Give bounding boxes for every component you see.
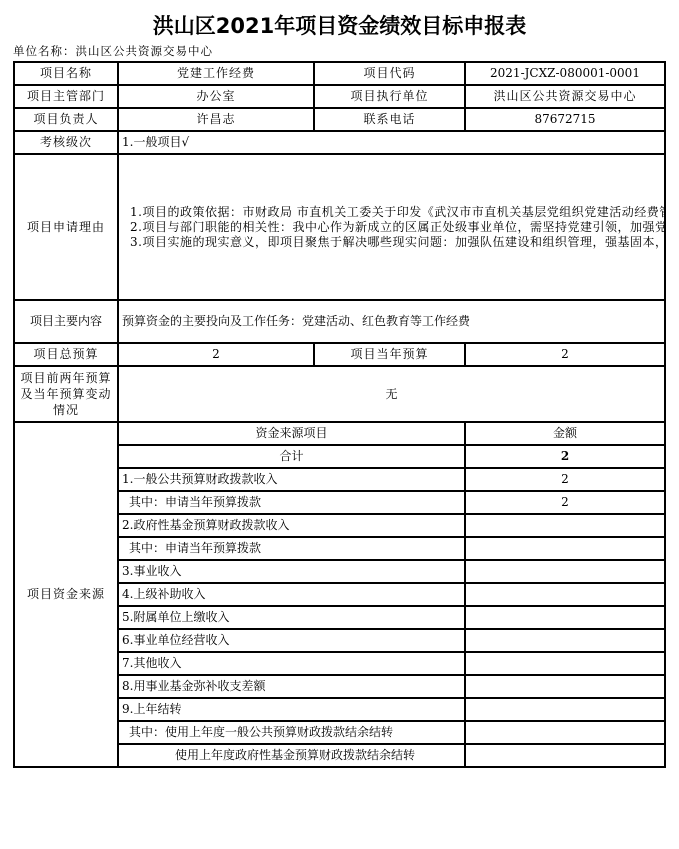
reason-text: 1.项目的政策依据：市财政局 市直机关工委关于印发《武汉市市直机关基层党组织党建… xyxy=(118,154,665,300)
funding-header-item: 资金来源项目 xyxy=(118,422,465,445)
reason-paragraph: 2.项目与部门职能的相关性：我中心作为新成立的区属正处级事业单位，需坚持党建引领… xyxy=(122,220,661,235)
funding-item: 其中：使用上年度一般公共预算财政拨款结余结转 xyxy=(118,721,465,744)
performance-goal-form: 项目名称 党建工作经费 项目代码 2021-JCXZ-080001-0001 项… xyxy=(13,61,666,768)
level-label: 考核级次 xyxy=(14,131,118,154)
funding-amount-total: 2 xyxy=(465,445,665,468)
level-option-general: 1.一般项目√ xyxy=(118,131,465,154)
row-reason: 项目申请理由 1.项目的政策依据：市财政局 市直机关工委关于印发《武汉市市直机关… xyxy=(14,154,665,300)
funding-amount xyxy=(465,537,665,560)
level-option-key-wrap: 2.重点项目☐ xyxy=(465,131,665,154)
reason-paragraph: 3.项目实施的现实意义，即项目聚焦于解决哪些现实问题：加强队伍建设和组织管理，强… xyxy=(122,235,661,250)
exec-unit-label: 项目执行单位 xyxy=(314,85,465,108)
row-budget-change: 项目前两年预算及当年预算变动情况 无 xyxy=(14,366,665,422)
funding-amount xyxy=(465,675,665,698)
row-level: 考核级次 1.一般项目√ 2.重点项目☐ xyxy=(14,131,665,154)
content-value: 预算资金的主要投向及工作任务：党建活动、红色教育等工作经费 xyxy=(118,300,665,343)
total-budget-value: 2 xyxy=(118,343,314,366)
row-department: 项目主管部门 办公室 项目执行单位 洪山区公共资源交易中心 xyxy=(14,85,665,108)
funding-item: 3.事业收入 xyxy=(118,560,465,583)
owner-label: 项目负责人 xyxy=(14,108,118,131)
dept-value: 办公室 xyxy=(118,85,314,108)
funding-item: 5.附属单位上缴收入 xyxy=(118,606,465,629)
funding-amount xyxy=(465,721,665,744)
funding-item: 9.上年结转 xyxy=(118,698,465,721)
funding-amount xyxy=(465,629,665,652)
project-name-label: 项目名称 xyxy=(14,62,118,85)
phone-label: 联系电话 xyxy=(314,108,465,131)
project-code-value: 2021-JCXZ-080001-0001 xyxy=(465,62,665,85)
page-title: 洪山区2021年项目资金绩效目标申报表 xyxy=(0,10,679,40)
year-budget-value: 2 xyxy=(465,343,665,366)
funding-item: 7.其他收入 xyxy=(118,652,465,675)
funding-amount xyxy=(465,652,665,675)
funding-item: 4.上级补助收入 xyxy=(118,583,465,606)
budget-change-value: 无 xyxy=(118,366,665,422)
funding-amount xyxy=(465,560,665,583)
funding-amount xyxy=(465,583,665,606)
row-budget: 项目总预算 2 项目当年预算 2 xyxy=(14,343,665,366)
phone-value: 87672715 xyxy=(465,108,665,131)
funding-amount xyxy=(465,514,665,537)
funding-amount xyxy=(465,698,665,721)
funding-item-total: 合计 xyxy=(118,445,465,468)
funding-header-row: 项目资金来源 资金来源项目 金额 xyxy=(14,422,665,445)
project-name-value: 党建工作经费 xyxy=(118,62,314,85)
funding-item: 使用上年度政府性基金预算财政拨款结余结转 xyxy=(118,744,465,767)
funding-item: 其中：申请当年预算拨款 xyxy=(118,491,465,514)
reason-label: 项目申请理由 xyxy=(14,154,118,300)
funding-item: 2.政府性基金预算财政拨款收入 xyxy=(118,514,465,537)
row-content: 项目主要内容 预算资金的主要投向及工作任务：党建活动、红色教育等工作经费 xyxy=(14,300,665,343)
funding-item: 1.一般公共预算财政拨款收入 xyxy=(118,468,465,491)
exec-unit-value: 洪山区公共资源交易中心 xyxy=(465,85,665,108)
dept-label: 项目主管部门 xyxy=(14,85,118,108)
funding-header-amount: 金额 xyxy=(465,422,665,445)
reason-paragraph: 1.项目的政策依据：市财政局 市直机关工委关于印发《武汉市市直机关基层党组织党建… xyxy=(122,205,661,220)
funding-amount xyxy=(465,744,665,767)
funding-item: 8.用事业基金弥补收支差额 xyxy=(118,675,465,698)
funding-item: 6.事业单位经营收入 xyxy=(118,629,465,652)
funding-label: 项目资金来源 xyxy=(14,422,118,767)
funding-amount: 2 xyxy=(465,468,665,491)
unit-name-line: 单位名称：洪山区公共资源交易中心 xyxy=(13,43,213,59)
content-label: 项目主要内容 xyxy=(14,300,118,343)
project-code-label: 项目代码 xyxy=(314,62,465,85)
year-budget-label: 项目当年预算 xyxy=(314,343,465,366)
total-budget-label: 项目总预算 xyxy=(14,343,118,366)
funding-item: 其中：申请当年预算拨款 xyxy=(118,537,465,560)
row-project-name: 项目名称 党建工作经费 项目代码 2021-JCXZ-080001-0001 xyxy=(14,62,665,85)
funding-amount: 2 xyxy=(465,491,665,514)
funding-amount xyxy=(465,606,665,629)
owner-value: 许昌志 xyxy=(118,108,314,131)
budget-change-label: 项目前两年预算及当年预算变动情况 xyxy=(14,366,118,422)
row-owner: 项目负责人 许昌志 联系电话 87672715 xyxy=(14,108,665,131)
